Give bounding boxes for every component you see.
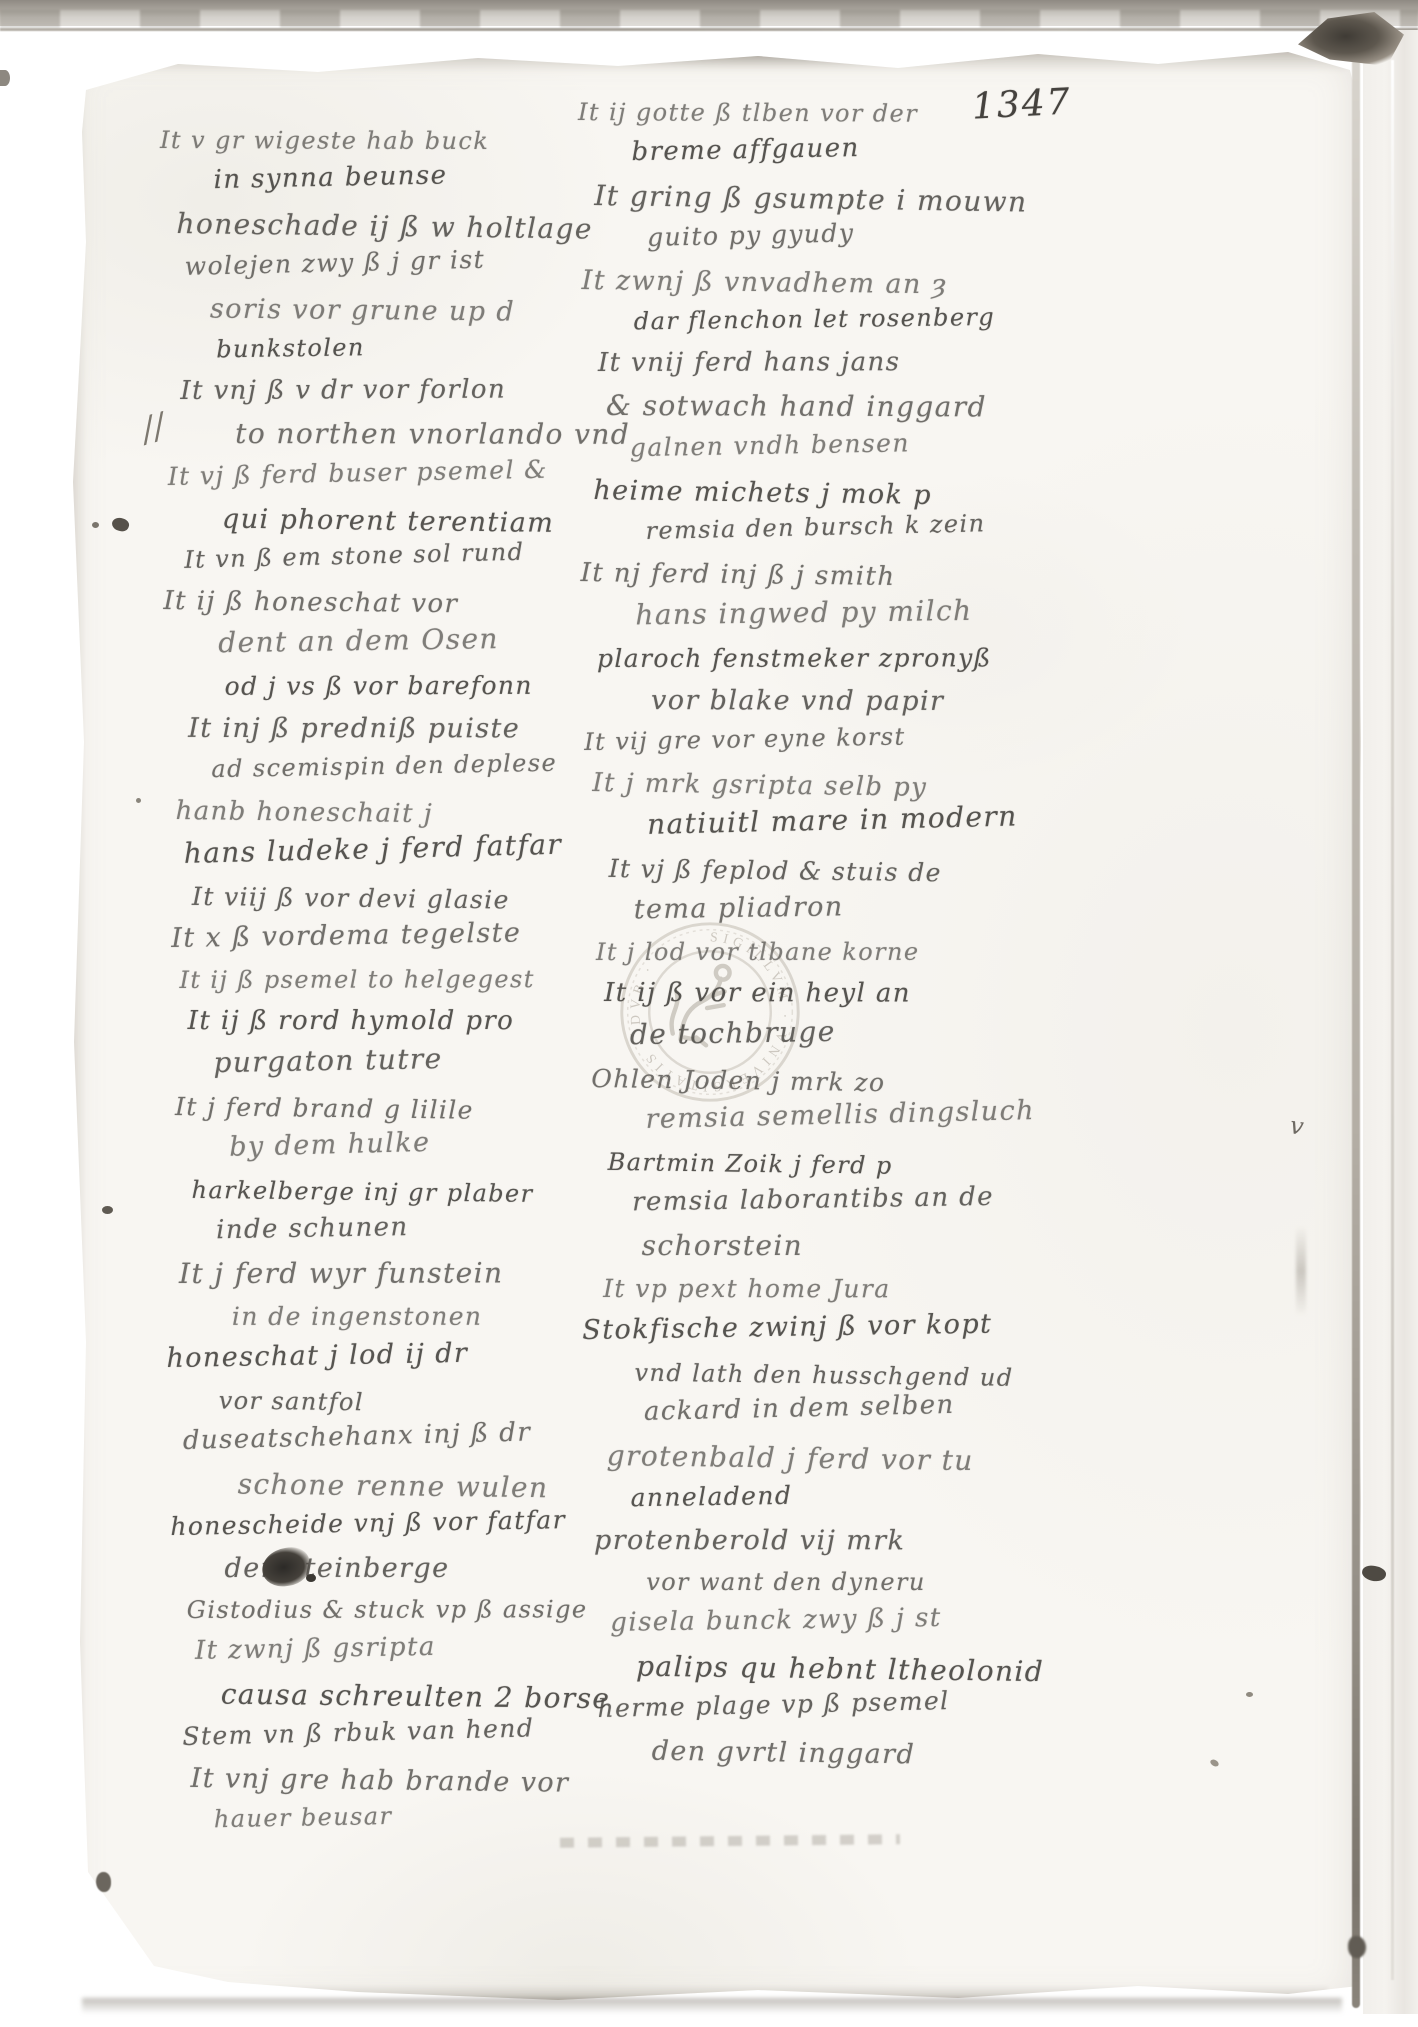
left-edge-fragment [0,70,10,86]
manuscript-line: herme plage vp ß psemel [597,1686,1051,1721]
edge-stain-small [92,522,99,528]
manuscript-line: hans ludeke j ferd fatfar [183,829,612,867]
manuscript-line: natiuitl mare in modern [600,802,1049,840]
manuscript-line: od j vs ß vor barefonn [180,673,611,699]
bleedthrough-smudge [1296,1226,1306,1316]
manuscript-line: It nj ferd inj ß j smith [580,560,1047,592]
manuscript-line: It ij ß honeschat vor [163,588,610,619]
page-drop-shadow [82,1998,1342,2014]
manuscript-line: ad scemispin den deplese [167,750,611,782]
manuscript-line: plaroch fenstmeker zpronyß [597,645,1048,671]
manuscript-line: anneladend [586,1479,1051,1511]
manuscript-scan: SIGILLVM · VNIVERSITATIS · DVB · 1347 It… [0,0,1418,2027]
manuscript-line: vor santfol [175,1388,615,1417]
manuscript-line: It j ferd brand g lilile [175,1094,613,1124]
underlying-page-edge-line [0,28,1418,31]
manuscript-line: guito py gyudy [602,216,1046,251]
scanner-edge-streaks [0,10,1418,28]
manuscript-line: It vij gre vor eyne korst [584,722,1048,754]
manuscript-line: de tochbruge [583,1014,1049,1050]
manuscript-line: remsia semellis dingsluch [599,1097,1049,1134]
ink-blot-satellite [306,1574,316,1582]
left-edge-shadow [66,82,86,1962]
torn-top-edge-dark-patch [488,46,1048,66]
manuscript-line: It x ß vordema tegelste [171,918,612,952]
manuscript-line: It vnj ß v dr vor forlon [180,376,609,404]
manuscript-line: It inj ß predniß puiste [188,715,611,743]
left-text-column: It v gr wigeste hab buck in synna beunse… [168,126,617,1848]
manuscript-line: dar flenchon let rosenberg [590,304,1047,334]
manuscript-line: It ij gotte ß tlben vor der [578,100,1046,126]
manuscript-line: vor want den dyneru [602,1570,1051,1594]
manuscript-line: remsia den bursch k zein [601,510,1047,544]
manuscript-line: It gring ß gsumpte i mouwn [594,182,1046,217]
manuscript-line: Gistodius & stuck vp ß assige [187,1597,616,1622]
manuscript-line: in de ingenstonen [187,1304,614,1329]
binding-fold-line [1352,56,1360,2008]
manuscript-line: den steinberge [179,1555,616,1582]
manuscript-line: It vj ß feplod & stuis de [609,856,1049,887]
manuscript-line: honeschat j lod ij dr [166,1337,614,1372]
manuscript-line: grotenbald j ferd vor tu [607,1442,1051,1476]
manuscript-line: wolejen zwy ß j gr ist [184,244,608,279]
manuscript-line: den gvrtl inggard [606,1737,1052,1770]
manuscript-line: vor blake vnd papir [605,687,1048,715]
manuscript-line: hanb honeschait j [175,798,611,830]
manuscript-line: soris vor grune up d [164,295,609,327]
manuscript-line: qui phorent terentiam [176,505,610,538]
manuscript-line: hauer beusar [170,1800,617,1832]
manuscript-line: It ij ß psemel to helgegest [179,967,612,992]
manuscript-line: dent an dem Osen [171,623,610,658]
manuscript-line: Ohlen Joden j mrk zo [591,1066,1049,1097]
manuscript-line: honeschade ij ß w holtlage [176,210,608,244]
manuscript-line: by dem hulke [183,1124,614,1161]
paper-speck [136,798,141,803]
manuscript-line: It viij ß vor devi glasie [192,884,612,914]
manuscript-line: tema pliadron [588,890,1049,924]
right-text-column: It ij gotte ß tlben vor der breme affgau… [586,98,1052,1780]
manuscript-line: remsia laborantibs an de [587,1183,1050,1216]
manuscript-line: It v gr wigeste hab buck [160,128,608,153]
manuscript-line: It vp pext home Jura [603,1276,1050,1301]
manuscript-line: causa schreulten 2 borse [174,1680,616,1713]
manuscript-line: It j mrk gsripta selb py [592,770,1048,803]
manuscript-line: Stokfische zwinj ß vor kopt [582,1310,1050,1344]
manuscript-line: It vn ß em stone sol rund [184,538,610,572]
manuscript-line: hans ingwed py milch [589,596,1048,630]
manuscript-line: It vnj gre hab brande vor [190,1765,616,1797]
manuscript-line: galnen vndh bensen [585,428,1047,461]
manuscript-line: It ij ß rord hymold pro [188,1008,613,1034]
manuscript-line: bunkstolen [172,332,609,362]
manuscript-line: schorstein [595,1232,1050,1260]
manuscript-line: to northen vnorlando vnd [189,420,610,449]
manuscript-line: palips qu hebnt ltheolonid [589,1652,1051,1686]
manuscript-line: gisela bunck zwy ß j st [610,1603,1051,1636]
manuscript-line: vnd lath den husschgend ud [590,1360,1050,1390]
edge-stain [102,1206,113,1214]
manuscript-line: It vj ß ferd buser psemel & [168,455,610,489]
manuscript-line: Stem vn ß rbuk van hend [182,1713,616,1749]
manuscript-line: protenberold vij mrk [594,1527,1051,1555]
manuscript-line: It zwnj ß gsripta [195,1631,616,1664]
manuscript-line: breme affgauen [586,132,1046,166]
torn-top-edge-shadow [76,42,1346,72]
manuscript-line: heime michets j mok p [593,477,1047,511]
page-stack-line [1391,60,1394,1980]
manuscript-line: It ij ß vor ein heyl an [604,980,1049,1007]
manuscript-line: Bartmin Zoik j ferd p [608,1150,1050,1180]
manuscript-line: inde schunen [171,1211,614,1244]
manuscript-line: It zwnj ß vnvadhem an ȝ [581,267,1046,300]
edge-stain [96,1872,111,1892]
paper-speck [1246,1692,1253,1697]
manuscript-line: purgaton tutre [167,1042,613,1078]
manuscript-line: schone renne wulen [191,1470,615,1503]
manuscript-line: It j lod vor tlbane korne [596,940,1049,964]
manuscript-line: ackard in dem selben [598,1390,1050,1426]
manuscript-line: honescheide vnj ß vor fatfar [170,1506,615,1539]
manuscript-line: in synna beunse [168,159,608,194]
manuscript-line: duseatschehanx inj ß dr [183,1417,616,1454]
fold-dark-spot [1348,1936,1366,1958]
manuscript-line: & sotwach hand inggard [606,392,1047,422]
manuscript-line: It j ferd wyr funstein [179,1259,614,1288]
manuscript-line: harkelberge inj gr plaber [191,1178,613,1207]
manuscript-line: It vnij ferd hans jans [598,349,1047,376]
